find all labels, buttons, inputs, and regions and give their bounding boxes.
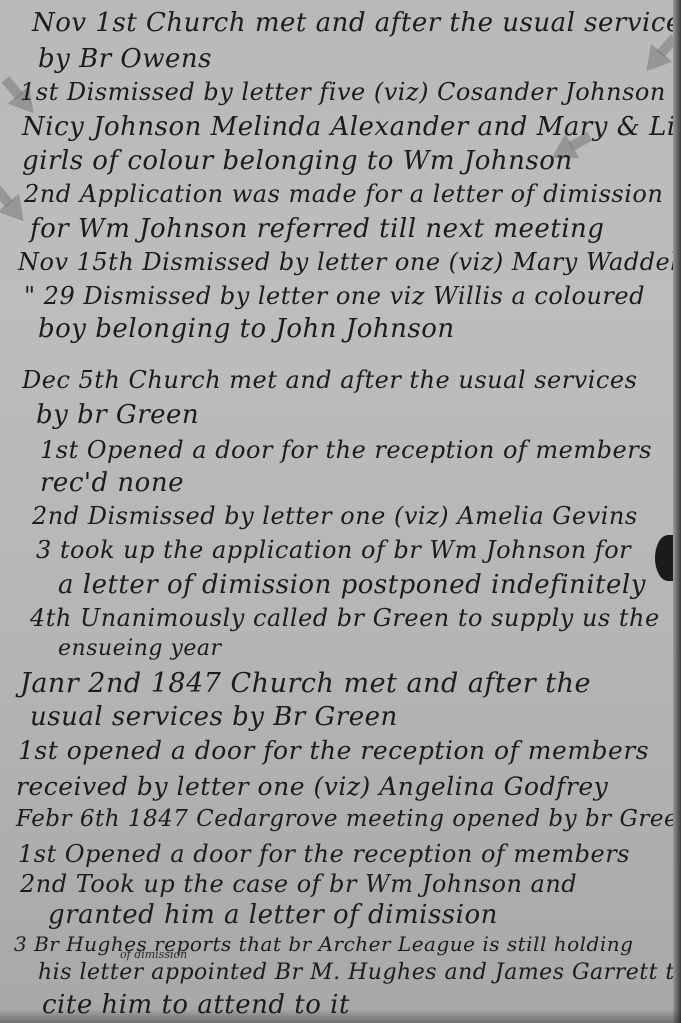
manuscript-line: 3 took up the application of br Wm Johns… [36, 536, 631, 564]
manuscript-line: " 29 Dismissed by letter one viz Willis … [24, 282, 645, 310]
manuscript-line: 3 Br Hughes reports that br Archer Leagu… [14, 932, 633, 956]
manuscript-line: usual services by Br Green [30, 702, 398, 732]
manuscript-line: 1st opened a door for the reception of m… [18, 736, 649, 765]
manuscript-line: 1st Opened a door for the reception of m… [18, 840, 630, 868]
manuscript-line: Nov 15th Dismissed by letter one (viz) M… [18, 248, 681, 276]
manuscript-line: by br Green [36, 400, 199, 430]
manuscript-line: 2nd Took up the case of br Wm Johnson an… [20, 870, 577, 898]
page-edge-shadow [673, 0, 681, 1023]
manuscript-line: boy belonging to John Johnson [38, 314, 455, 344]
page-bottom-shadow [0, 1009, 681, 1023]
manuscript-page: Nov 1st Church met and after the usual s… [0, 0, 681, 1023]
manuscript-line: 2nd Dismissed by letter one (viz) Amelia… [32, 502, 638, 530]
manuscript-line: rec'd none [40, 468, 184, 498]
manuscript-line: Nov 1st Church met and after the usual s… [32, 8, 681, 38]
manuscript-line: by Br Owens [38, 44, 212, 74]
manuscript-line: girls of colour belonging to Wm Johnson [22, 146, 573, 176]
manuscript-line: Janr 2nd 1847 Church met and after the [20, 668, 591, 699]
manuscript-line: granted him a letter of dimission [48, 900, 498, 930]
manuscript-line: Nicy Johnson Melinda Alexander and Mary … [22, 112, 681, 142]
pointer-arrow-icon [636, 44, 673, 80]
manuscript-line: his letter appointed Br M. Hughes and Ja… [38, 960, 681, 985]
manuscript-line: Febr 6th 1847 Cedargrove meeting opened … [16, 806, 681, 832]
manuscript-line: ensueing year [58, 636, 222, 661]
manuscript-line: 4th Unanimously called br Green to suppl… [30, 604, 660, 632]
manuscript-line: a letter of dimission postponed indefini… [58, 570, 646, 600]
manuscript-line: received by letter one (viz) Angelina Go… [16, 772, 608, 801]
manuscript-line: Dec 5th Church met and after the usual s… [22, 366, 637, 394]
manuscript-line: for Wm Johnson referred till next meetin… [30, 214, 604, 244]
manuscript-line: 2nd Application was made for a letter of… [24, 180, 663, 208]
manuscript-line: 1st Dismissed by letter five (viz) Cosan… [20, 78, 666, 106]
manuscript-line: 1st Opened a door for the reception of m… [40, 436, 652, 464]
